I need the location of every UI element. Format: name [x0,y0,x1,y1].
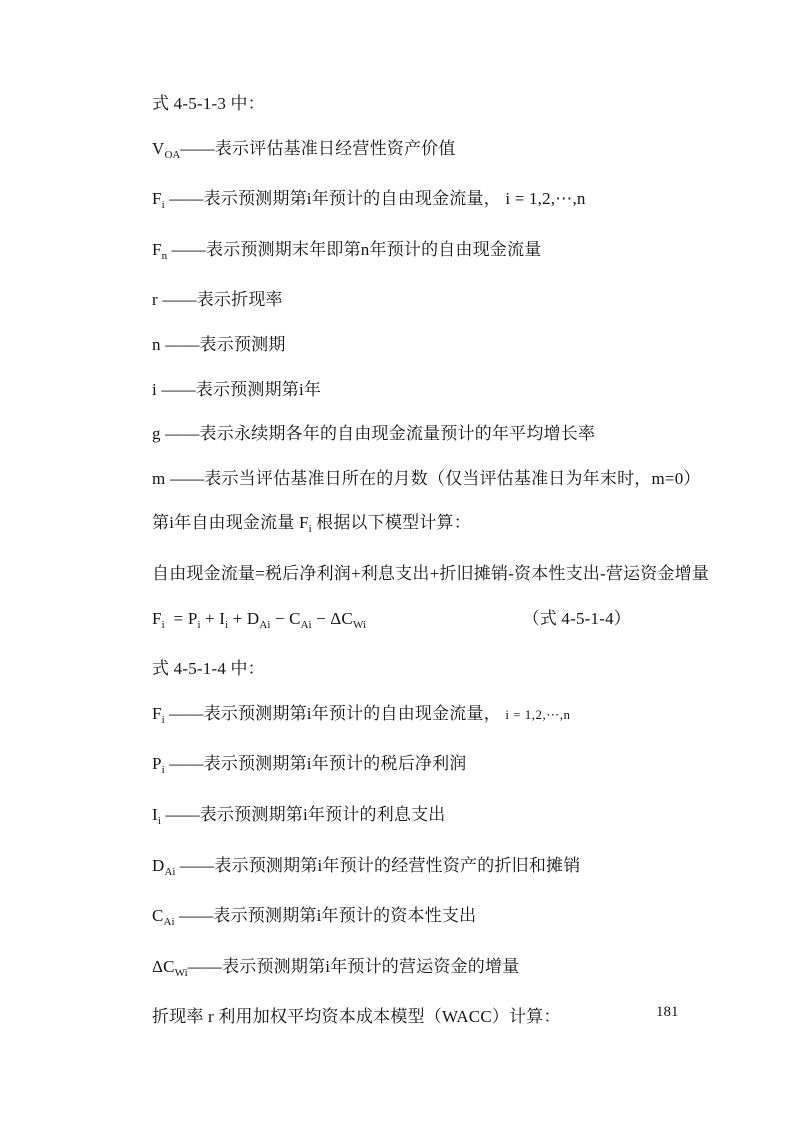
equation-term: ΔC [330,609,353,628]
term-definition: ——表示预测期第i年预计的自由现金流量， [165,189,506,208]
term-definition: ——表示当评估基准日所在的月数（仅当评估基准日为年末时，m=0） [165,469,700,488]
line-text: 第i年自由现金流量 [152,513,299,532]
doc-line-def-fi-2: Fi ——表示预测期第i年预计的自由现金流量， i = 1,2,⋯,n [152,692,657,743]
term-definition: ——表示评估基准日经营性资产价值 [180,139,455,158]
doc-line-wacc-intro: 折现率 r 利用加权平均资本成本模型（WACC）计算： [152,995,657,1040]
term-definition: ——表示预测期第i年预计的营运资金的增量 [188,957,520,976]
term-subscript: Ai [164,866,175,878]
equation-operator: + [228,609,247,628]
doc-line-model-intro: 第i年自由现金流量 Fi 根据以下模型计算： [152,501,657,552]
doc-line-fcf-definition: 自由现金流量=税后净利润+利息支出+折旧摊销-资本性支出-营运资金增量 [152,552,657,597]
equation-term: F [152,609,162,628]
term-symbol: V [152,139,164,158]
term-definition: ——表示预测期第i年预计的自由现金流量， [165,704,506,723]
document-page: 式 4-5-1-3 中： VOA——表示评估基准日经营性资产价值 Fi ——表示… [0,0,793,1122]
equation-operator: − [312,609,331,628]
equation-number-label: （式 4-5-1-4） [523,597,631,642]
term-definition: ——表示预测期第i年预计的经营性资产的折旧和摊销 [175,856,580,875]
equation-operator: = [165,609,188,628]
document-body: 式 4-5-1-3 中： VOA——表示评估基准日经营性资产价值 Fi ——表示… [152,82,657,1040]
term-definition: ——表示预测期第i年预计的税后净利润 [165,754,467,773]
term-symbol: n [152,335,161,354]
term-symbol: C [152,906,164,925]
doc-line-def-fi: Fi ——表示预测期第i年预计的自由现金流量， i = 1,2,⋯,n [152,177,657,228]
term-symbol: P [152,754,162,773]
term-symbol: ΔC [152,957,175,976]
term-definition: ——表示预测期末年即第n年预计的自由现金流量 [167,240,541,259]
term-symbol: m [152,469,165,488]
doc-line-def-cai: CAi ——表示预测期第i年预计的资本性支出 [152,894,657,945]
term-symbol: F [299,513,309,532]
doc-line-def-fn: Fn ——表示预测期末年即第n年预计的自由现金流量 [152,228,657,279]
term-definition: ——表示预测期 [161,335,286,354]
doc-line-def-m: m ——表示当评估基准日所在的月数（仅当评估基准日为年末时，m=0） [152,457,657,502]
term-symbol: F [152,240,162,259]
term-definition: ——表示预测期第i年 [157,380,321,399]
page-number: 181 [656,1002,679,1022]
term-symbol: F [152,704,162,723]
doc-line-def-voa: VOA——表示评估基准日经营性资产价值 [152,127,657,178]
equation-term: P [188,609,198,628]
term-definition: ——表示折现率 [158,290,283,309]
doc-line-formula-ref-heading: 式 4-5-1-3 中： [152,82,657,127]
equation-subscript: Ai [301,619,312,631]
doc-line-def-r: r ——表示折现率 [152,278,657,323]
equation-operator: − [270,609,289,628]
doc-line-def-g: g ——表示永续期各年的自由现金流量预计的年平均增长率 [152,412,657,457]
line-text: 折现率 r 利用加权平均资本成本模型（WACC）计算： [152,1007,561,1026]
term-symbol: D [152,856,164,875]
equation-subscript: Ai [259,619,270,631]
doc-line-def-dai: DAi ——表示预测期第i年预计的经营性资产的折旧和摊销 [152,844,657,895]
term-subscript: Wi [175,967,188,979]
term-definition: ——表示预测期第i年预计的资本性支出 [175,906,477,925]
equation-term: C [289,609,301,628]
term-subscript: OA [164,149,180,161]
line-text: 式 4-5-1-4 中： [152,659,265,678]
doc-line-def-ii: Ii ——表示预测期第i年预计的利息支出 [152,793,657,844]
doc-line-def-dcwi: ΔCWi——表示预测期第i年预计的营运资金的增量 [152,945,657,996]
doc-line-def-pi: Pi ——表示预测期第i年预计的税后净利润 [152,742,657,793]
term-subscript: Ai [164,916,175,928]
doc-line-formula-ref-heading-2: 式 4-5-1-4 中： [152,647,657,692]
line-text: 自由现金流量=税后净利润+利息支出+折旧摊销-资本性支出-营运资金增量 [152,564,709,583]
term-range-note: i = 1,2,⋯,n [505,189,585,208]
term-range-note: i = 1,2,⋯,n [505,707,570,722]
doc-line-equation: Fi = Pi + Ii + DAi − CAi − ΔCWi（式 4-5-1-… [152,597,657,648]
doc-line-def-i: i ——表示预测期第i年 [152,368,657,413]
term-symbol: g [152,424,161,443]
line-text: 式 4-5-1-3 中： [152,94,265,113]
equation-operator: + [201,609,220,628]
term-definition: ——表示永续期各年的自由现金流量预计的年平均增长率 [161,424,595,443]
equation-subscript: Wi [353,619,366,631]
line-text: 根据以下模型计算： [312,513,471,532]
doc-line-def-n: n ——表示预测期 [152,323,657,368]
term-definition: ——表示预测期第i年预计的利息支出 [161,805,446,824]
term-symbol: F [152,189,162,208]
equation-term: D [247,609,259,628]
